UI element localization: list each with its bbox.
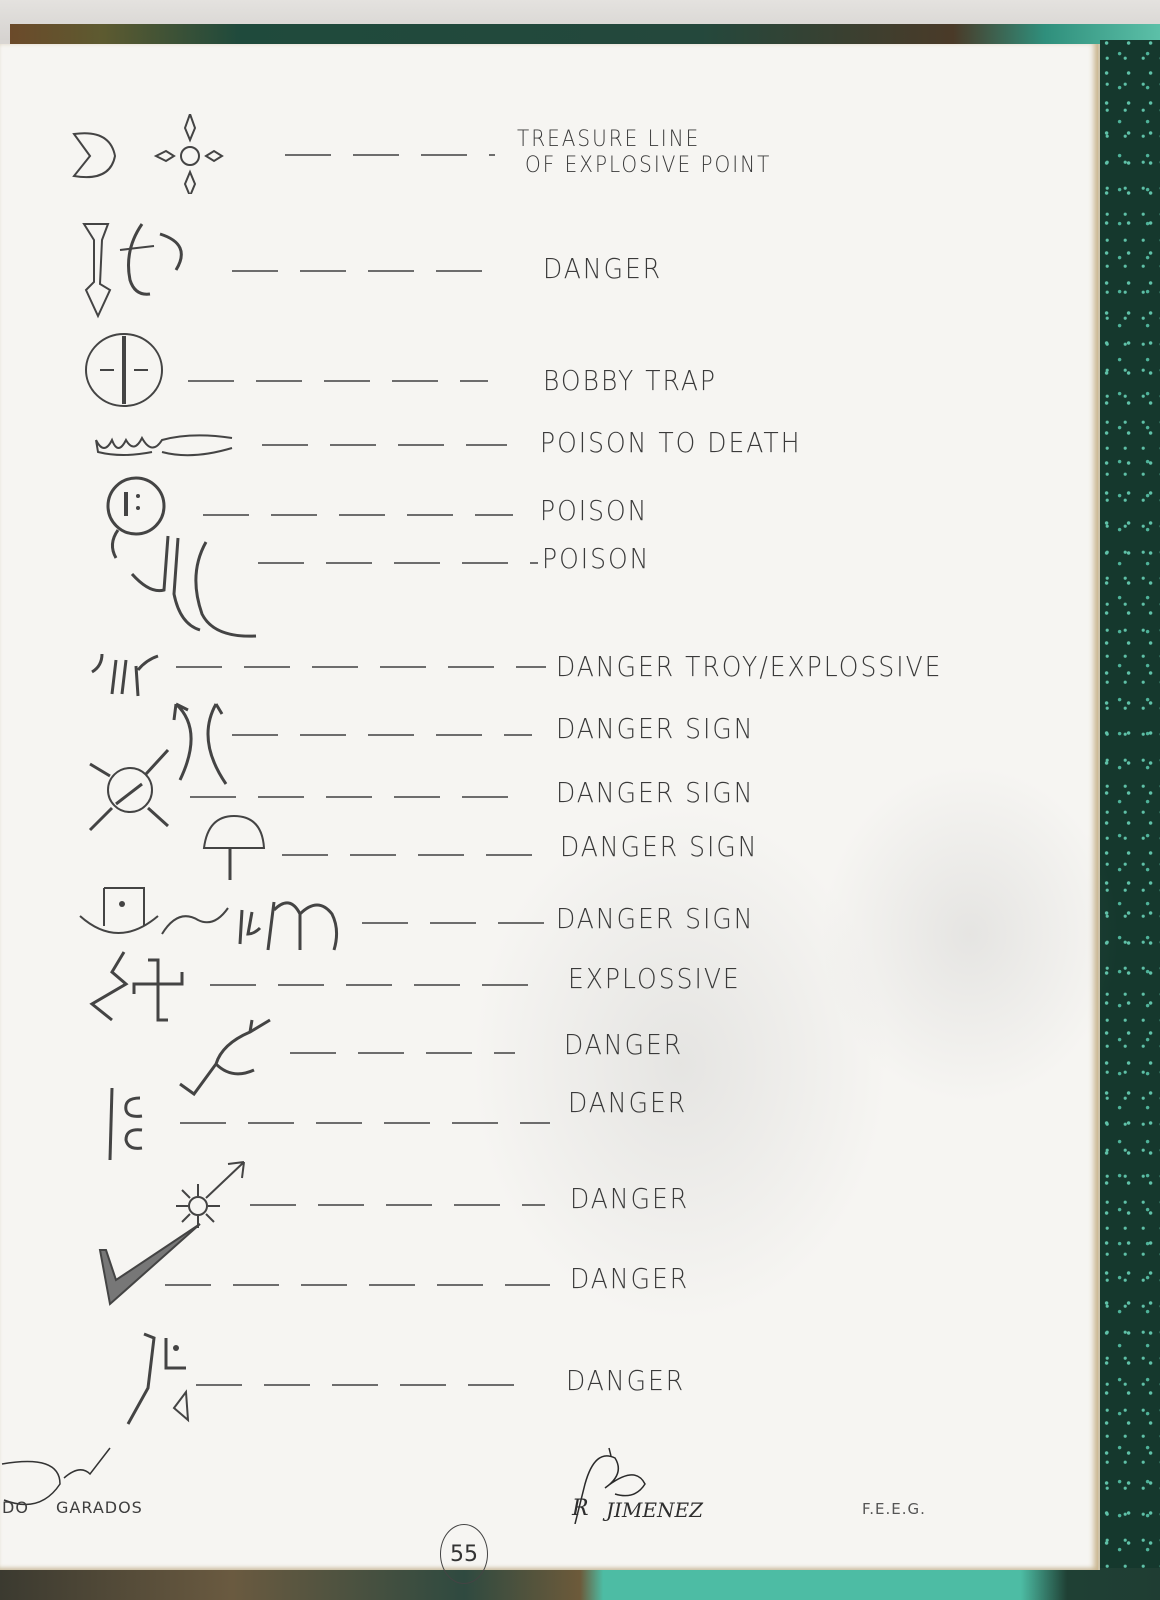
- dash-leader: [180, 1122, 550, 1124]
- legend-entry: DANGER: [0, 1088, 1098, 1148]
- entry-label: EXPLOSSIVE: [568, 962, 741, 994]
- dash-leader: [203, 514, 513, 516]
- entry-label: DANGER SIGN: [556, 902, 754, 934]
- legend-entry: DANGER: [0, 1332, 1098, 1392]
- double-hook-icon: [130, 534, 270, 644]
- dash-leader: [188, 380, 488, 382]
- dash-leader: [258, 562, 538, 564]
- dash-leader: [176, 666, 546, 668]
- dash-leader: [282, 854, 550, 856]
- circle-cross-icon: [84, 332, 168, 412]
- legend-entry: DANGER: [0, 1024, 1098, 1084]
- entry-label: DANGER: [566, 1364, 685, 1396]
- dash-leader: [210, 984, 545, 986]
- notebook-cover-right-edge: [1100, 40, 1160, 1600]
- entry-label: DANGER SIGN: [560, 830, 758, 862]
- dash-leader: [232, 734, 532, 736]
- zigzag-hooked-cross-icon: [88, 948, 188, 1028]
- dash-leader: [285, 154, 495, 156]
- signature-name-center: JIMENEZ: [606, 1498, 703, 1522]
- page-number: 55: [440, 1524, 488, 1584]
- entry-label: POISON: [540, 494, 648, 526]
- legend-entry: DANGER SIGN: [0, 888, 1098, 948]
- three-strokes-icon: [88, 650, 168, 700]
- legend-entry: DANGER: [0, 220, 1098, 280]
- entry-label: OF EXPLOSIVE POINT: [525, 151, 771, 178]
- pillar-dot-triangle-icon: [124, 1328, 204, 1428]
- entry-label: POISON TO DEATH: [540, 426, 802, 458]
- entry-label: DANGER: [570, 1182, 689, 1214]
- legend-entry: TREASURE LINE OF EXPLOSIVE POINT: [0, 114, 1098, 174]
- entry-label: POISON: [542, 542, 650, 574]
- entry-label: DANGER TROY/EXPLOSSIVE: [556, 650, 942, 682]
- hooked-arrow-icon: [178, 1010, 278, 1100]
- initials-right: F.E.E.G.: [862, 1500, 926, 1518]
- legend-entry: BOBBY TRAP: [0, 332, 1098, 392]
- dash-leader: [196, 1384, 516, 1386]
- legend-entry: POISON: [0, 534, 1098, 594]
- entry-label: DANGER: [570, 1262, 689, 1294]
- legend-entry: DANGER SIGN: [0, 814, 1098, 874]
- serpentine-scribble-icon: [92, 426, 242, 476]
- legend-entry: POISON TO DEATH: [0, 422, 1098, 482]
- notebook-page: TREASURE LINE OF EXPLOSIVE POINT DANGER …: [0, 44, 1100, 1570]
- signature-name-left: GARADOS: [56, 1498, 143, 1517]
- entry-label: DANGER SIGN: [556, 712, 754, 744]
- entry-label: DANGER: [564, 1028, 683, 1060]
- square-dot-wave-m-icon: [78, 884, 368, 954]
- dash-leader: [262, 444, 507, 446]
- bar-two-c-icon: [104, 1084, 164, 1164]
- legend-entry: DANGER TROY/EXPLOSSIVE: [0, 650, 1098, 710]
- entry-label: DANGER: [568, 1086, 687, 1118]
- legend-entry: DANGER: [0, 1230, 1098, 1290]
- dash-leader: [250, 1204, 545, 1206]
- dash-leader: [232, 270, 502, 272]
- check-mark-icon: [96, 1220, 206, 1310]
- legend-entry: EXPLOSSIVE: [0, 952, 1098, 1012]
- signature-prefix: DO: [2, 1498, 29, 1517]
- dash-leader: [362, 922, 552, 924]
- crescent-diamond-cross-icon: [70, 114, 250, 194]
- entry-label: BOBBY TRAP: [543, 364, 717, 396]
- legend-entry: POISON: [0, 474, 1098, 534]
- entry-label: TREASURE LINE: [517, 125, 700, 152]
- legend-entry: DANGER SIGN: [0, 760, 1098, 820]
- mushroom-icon: [200, 814, 270, 884]
- dash-leader: [290, 1052, 515, 1054]
- notebook-cover-bottom-edge: [0, 1568, 1160, 1600]
- entry-label: DANGER: [543, 252, 662, 284]
- dash-leader: [165, 1284, 550, 1286]
- signature-initial: R: [572, 1496, 589, 1521]
- dash-leader: [190, 796, 525, 798]
- entry-label: DANGER SIGN: [556, 776, 754, 808]
- pillar-crescent-icon: [80, 220, 200, 320]
- legend-entry: DANGER: [0, 1164, 1098, 1224]
